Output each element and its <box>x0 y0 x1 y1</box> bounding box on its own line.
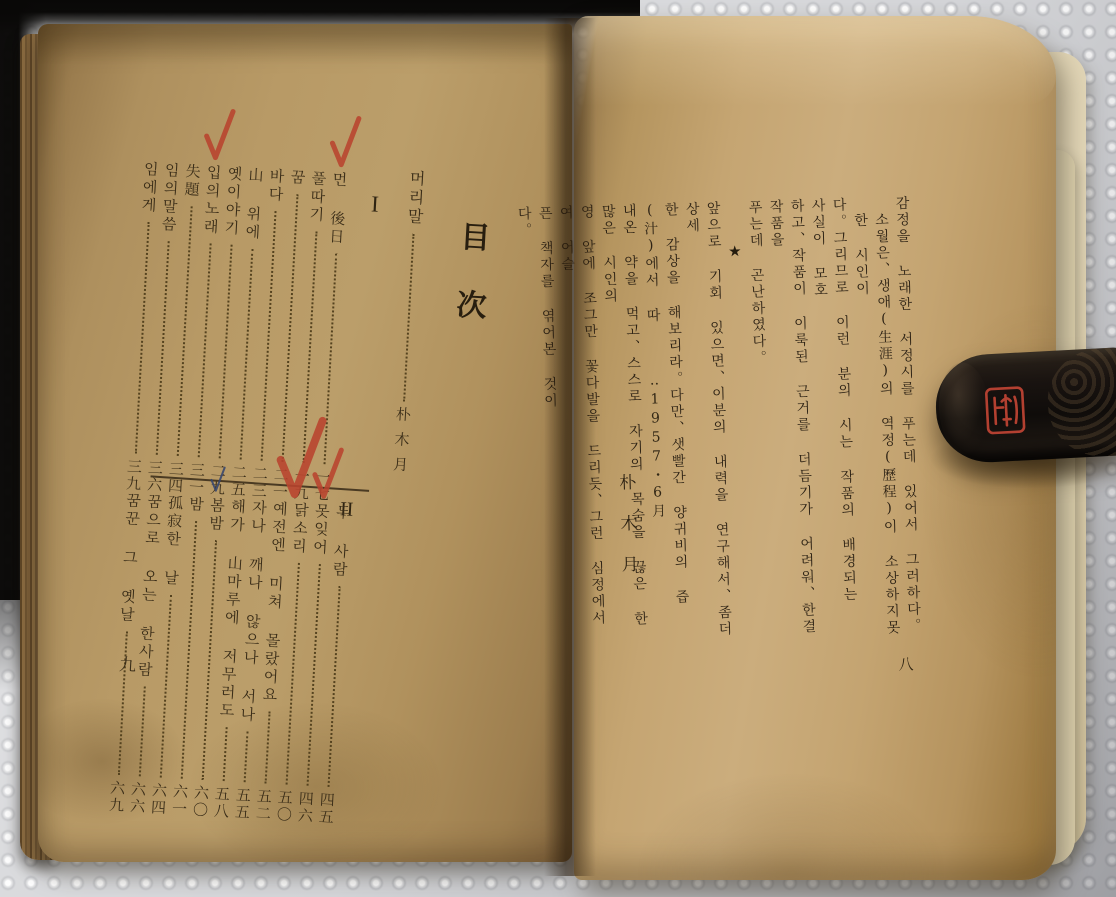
toc-entry-page: 五二 <box>252 788 275 823</box>
dotted-leader <box>239 249 253 460</box>
toc-entry-title: 입의노래 <box>200 164 225 237</box>
toc-entry-page: 六〇 <box>190 784 213 819</box>
toc-entry-page: 五〇 <box>273 789 296 824</box>
dotted-leader <box>260 211 276 461</box>
dotted-leader <box>201 540 216 780</box>
dotted-leader <box>159 595 171 778</box>
toc-section-2: 두 사람 四五 못잊어 四六 닭소리 <box>106 492 355 826</box>
toc-title: 目次 <box>443 220 495 358</box>
toc-entry-page: 三九 <box>123 458 146 493</box>
checkmark-icon <box>200 106 237 164</box>
toc-entry-page: 五八 <box>211 785 234 820</box>
dotted-leader <box>138 686 145 776</box>
toc-entry-title: 임의말씀 <box>158 162 183 235</box>
checkmark-icon <box>326 113 363 171</box>
dotted-leader <box>285 563 299 785</box>
toc-entry-title: 옛이야기 <box>221 165 246 238</box>
photo-scene: 目次 머리말 朴木月 I 먼 後日 一七 <box>0 0 1116 897</box>
toc-entry-page: 四五 <box>315 791 338 826</box>
toc-entry-page: 六四 <box>148 782 171 817</box>
toc-entry-title: 못잊어 <box>309 503 333 558</box>
preface-date: ‥1957・6月 <box>644 372 668 521</box>
toc-entry-title: 닭소리 <box>288 501 312 556</box>
dotted-leader <box>243 731 248 782</box>
toc-entry-title: 꿈 <box>287 169 309 188</box>
checkmark-icon <box>206 465 230 494</box>
toc-entry-title: 먼 後日 <box>326 171 351 247</box>
section-marker-1: I <box>370 191 379 217</box>
toc-entry-page: 六一 <box>169 783 192 818</box>
toc-entry-page: 六六 <box>127 781 150 816</box>
dotted-leader <box>222 727 227 781</box>
toc-entry-title: 밤 <box>186 496 208 515</box>
toc-entry-page: 六九 <box>106 780 129 815</box>
toc-entry-title: 失題 <box>181 163 204 200</box>
toc-entry-page: 四六 <box>294 790 317 825</box>
preface-text-columns: 감정을 노래한 서정시를 푸는데 있어서 그러하다。 소월은、생애(生涯)의 역… <box>513 195 924 646</box>
dotted-leader <box>327 586 340 787</box>
checkmark-icon <box>270 410 329 505</box>
left-page: 目次 머리말 朴木月 I 먼 後日 一七 <box>38 24 572 862</box>
dotted-leader <box>155 241 169 455</box>
toc-entry-title: 바다 <box>265 168 288 205</box>
left-page-content: 目次 머리말 朴木月 I 먼 後日 一七 <box>13 10 593 877</box>
toc-entry-title: 두 사람 <box>329 504 354 580</box>
ink-seal-stamp <box>933 347 1116 465</box>
right-page-folio: 八 <box>898 653 914 674</box>
preface-author: 朴木月 <box>389 406 414 482</box>
toc-entry-title: 봄밤 <box>206 497 229 534</box>
dotted-leader <box>306 564 320 786</box>
toc-entry-page: 五五 <box>231 787 254 822</box>
dotted-leader <box>403 234 414 402</box>
toc-entry-title: 임에게 <box>138 160 162 215</box>
toc-entry-title: 풀따기 <box>306 170 330 225</box>
preface-label: 머리말 <box>402 169 428 227</box>
preface-signature: 朴木月 <box>613 473 641 597</box>
dotted-leader <box>264 711 270 783</box>
toc-entry-title: 山 위에 <box>242 166 267 242</box>
dotted-leader <box>218 245 232 459</box>
dotted-leader <box>134 222 149 454</box>
preface-entry: 머리말 朴木月 <box>388 169 429 482</box>
dotted-leader <box>197 243 211 457</box>
left-page-folio: 九 <box>118 650 136 676</box>
dotted-leader <box>176 206 192 456</box>
red-seal-inscription-icon <box>983 384 1028 436</box>
